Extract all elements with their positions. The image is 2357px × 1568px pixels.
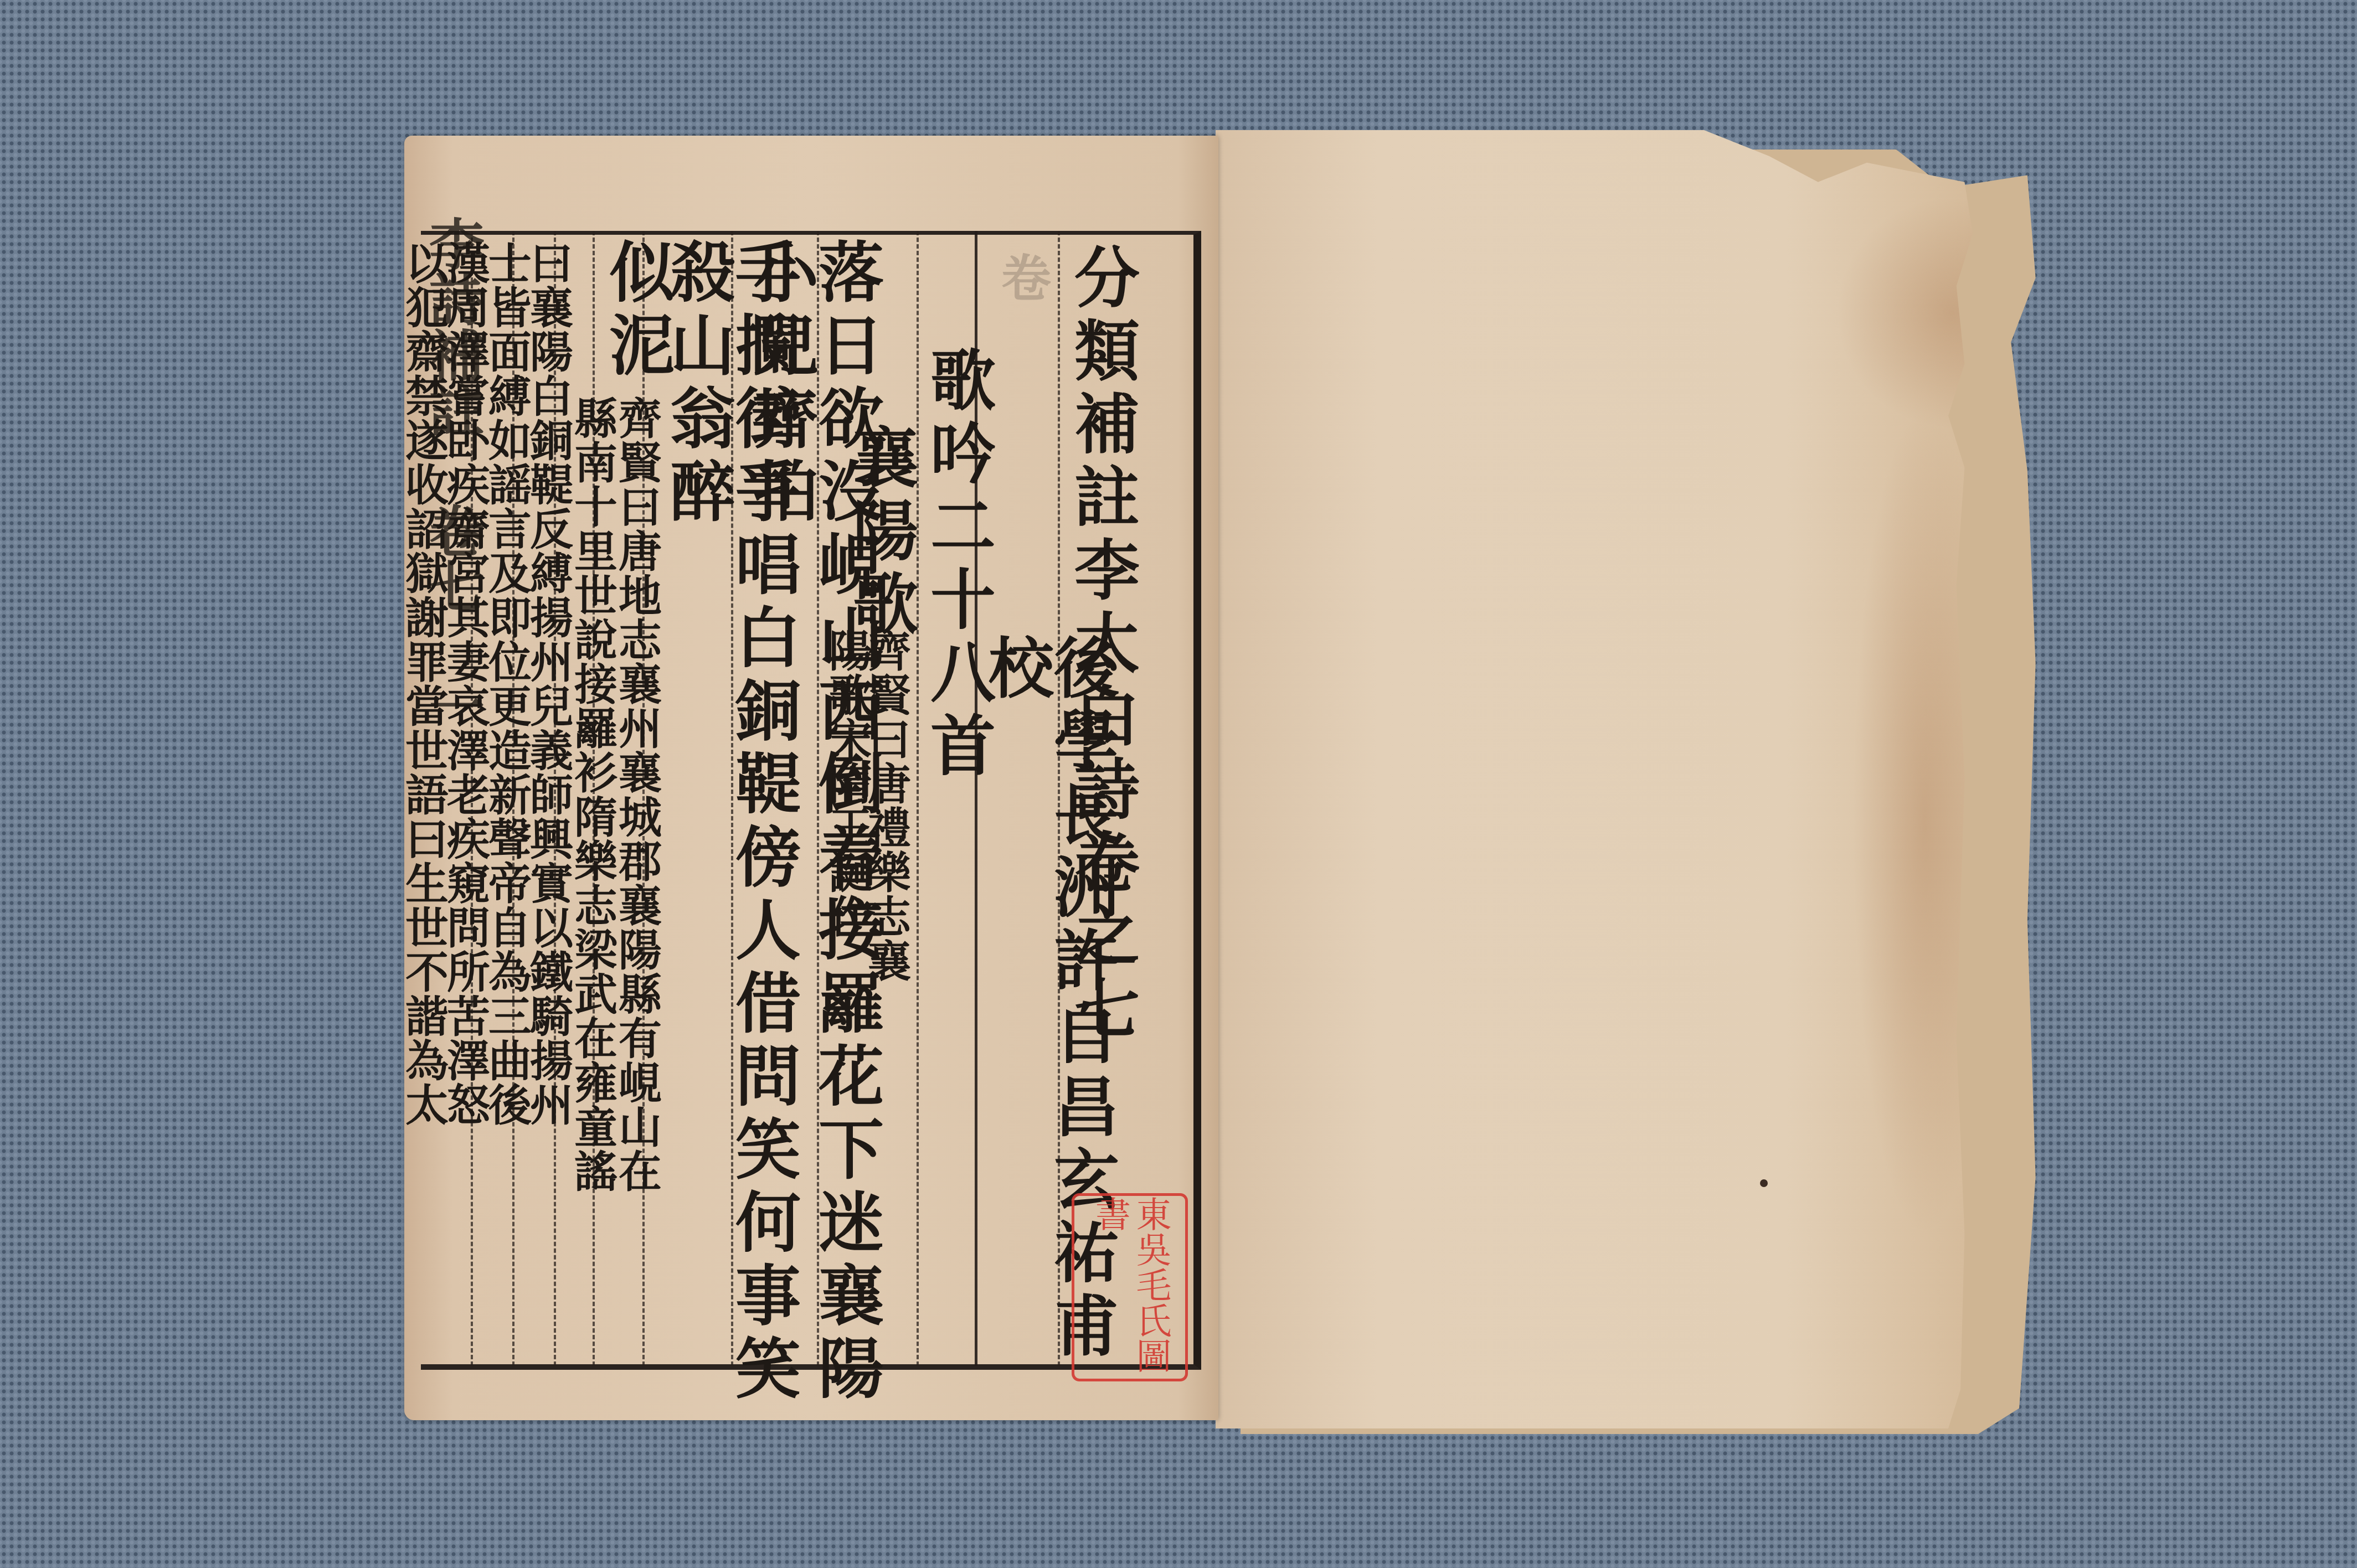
right-blank-leaf [1216, 130, 2030, 1428]
water-stain [1836, 197, 2068, 429]
poem-line-2: 手攔街爭唱白銅鞮傍人借問笑何事笑殺山翁醉 [665, 238, 795, 1420]
ghost-text: 卷 [997, 252, 1047, 302]
section-heading: 歌吟二十八首 [925, 346, 990, 785]
commentary-note-2: 縣南十里世說接䍦衫隋樂志梁武在雍童謠 [570, 396, 614, 1193]
commentary-column-1: 曰襄陽白銅鞮反縛揚州兒義師興實以鐵騎揚州 [526, 241, 569, 1127]
book-spread: 分類補註李太白詩卷之七 卷 後學長洲許自昌玄祐甫校 歌吟二十八首 襄陽歌 齊賢曰… [0, 0, 2357, 1568]
column-rule [917, 231, 919, 1366]
red-collector-seal: 東吳毛氏圖書 [1072, 1193, 1188, 1381]
ink-spot [1760, 1179, 1768, 1187]
commentary-note-1: 齊賢曰唐地志襄州襄城郡襄陽縣有峴山在 [615, 396, 658, 1193]
poem-line-3: 似泥 [604, 238, 669, 384]
edge-column-partial: 李詩補註 卷七 一 [413, 216, 492, 734]
